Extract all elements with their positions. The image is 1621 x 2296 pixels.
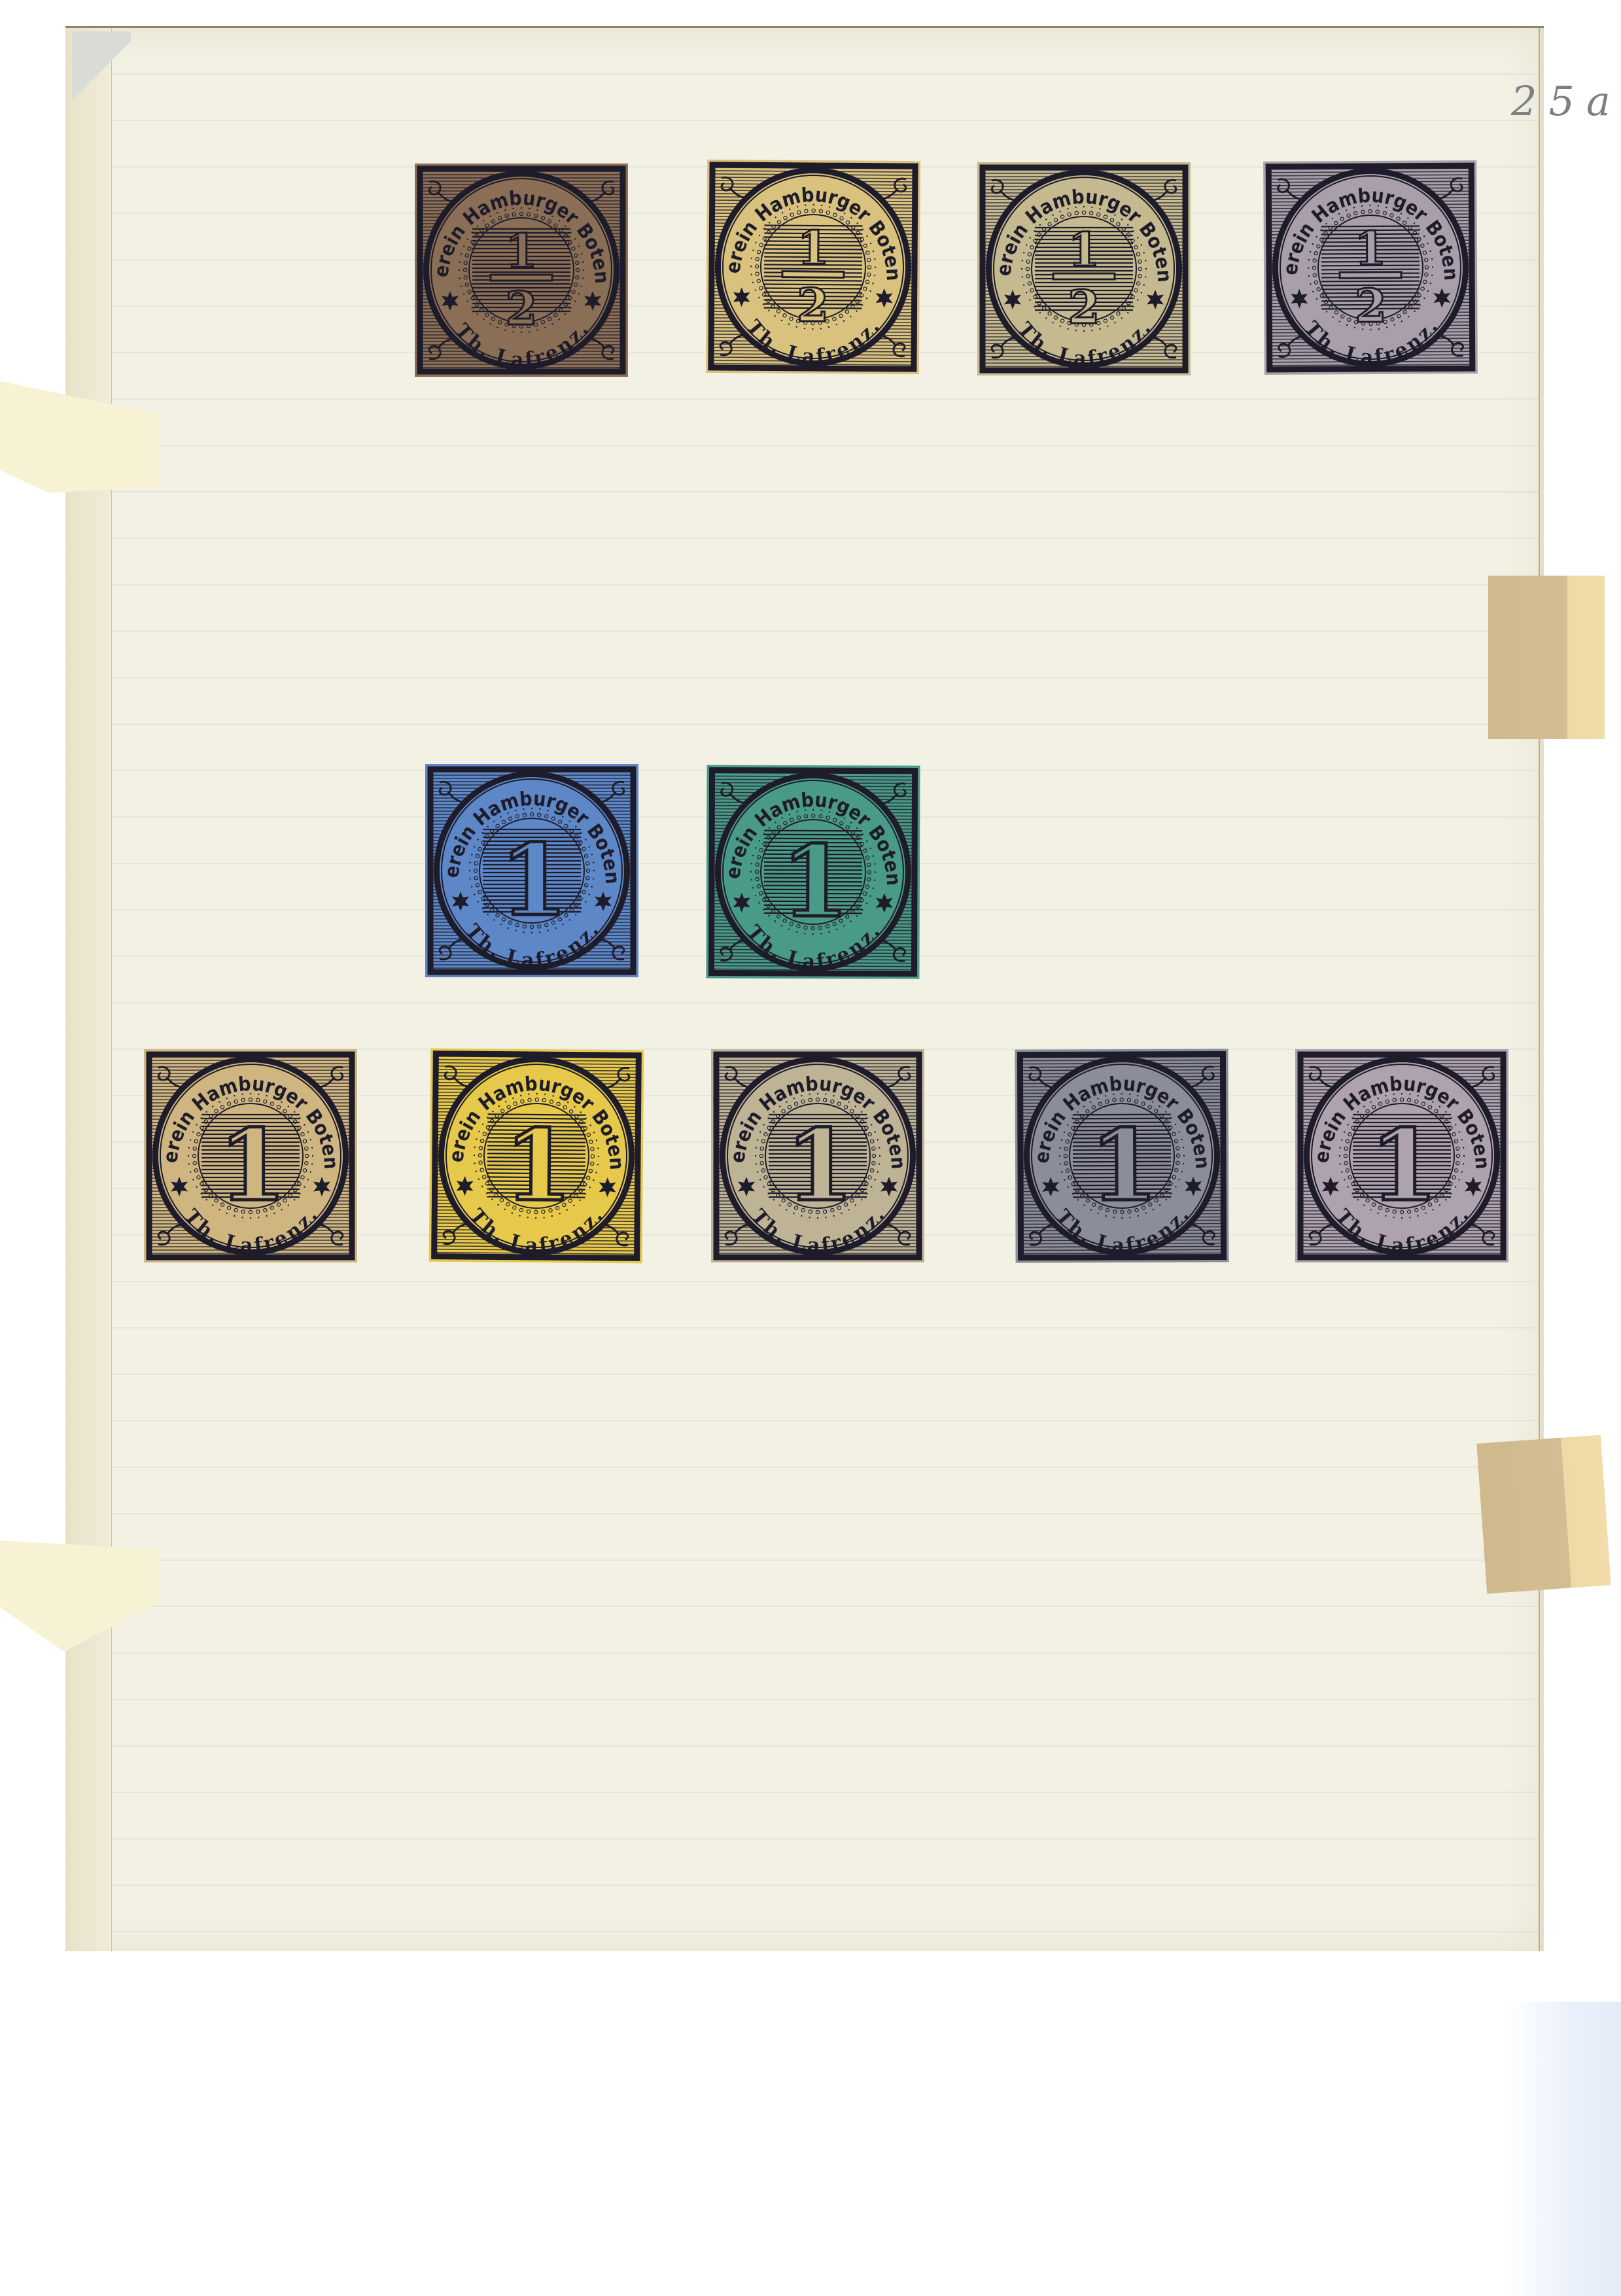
stamp-value: 1 — [218, 1108, 287, 1223]
stamp-value: 1 — [1370, 1108, 1438, 1223]
stamp-numerator: 1 — [1068, 222, 1100, 277]
stamp-lilac-one: 1 Verein Hamburger Boten. Th. Lafrenz. — [1294, 1048, 1510, 1264]
stamp-stone-one: 1 Verein Hamburger Boten. Th. Lafrenz. — [710, 1048, 926, 1264]
page-binding-edge — [65, 28, 112, 1951]
stamp-value: 1 — [780, 824, 849, 939]
stamp-grey-one: 1 Verein Hamburger Boten. Th. Lafrenz. — [1013, 1047, 1230, 1264]
stamp-denominator: 2 — [506, 281, 538, 336]
stamp-green-one: 1 Verein Hamburger Boten. Th. Lafrenz. — [705, 763, 921, 980]
hinge-right-bottom — [1476, 1435, 1611, 1594]
stamp-denominator: 2 — [1068, 280, 1100, 334]
stamp-lilac-grey-half: 1 2 Verein Hamburger Boten. Th. Lafrenz. — [1262, 159, 1479, 376]
page-right-edge — [1539, 28, 1544, 1951]
stamp-denominator: 2 — [797, 278, 829, 332]
folded-corner — [72, 31, 131, 110]
stamp-denominator: 2 — [1355, 279, 1387, 333]
stamp-value: 1 — [500, 823, 568, 938]
hinge-right-top — [1488, 576, 1605, 739]
stamp-buff-one: 1 Verein Hamburger Boten. Th. Lafrenz. — [143, 1048, 358, 1264]
stamp-numerator: 1 — [506, 224, 538, 278]
stamp-blue-one: 1 Verein Hamburger Boten. Th. Lafrenz. — [424, 763, 640, 979]
stamp-numerator: 1 — [797, 220, 829, 275]
page-number: 25a — [1511, 77, 1621, 125]
stamp-brown-half: 1 2 Verein Hamburger Boten. Th. Lafrenz. — [413, 162, 629, 378]
stamp-yellow-one: 1 Verein Hamburger Boten. Th. Lafrenz. — [428, 1047, 646, 1265]
stamp-value: 1 — [504, 1108, 573, 1224]
stamp-stone-half: 1 2 Verein Hamburger Boten. Th. Lafrenz. — [976, 161, 1192, 377]
scan-background-tint — [1505, 2002, 1621, 2296]
stamp-value: 1 — [786, 1108, 854, 1223]
stamp-value: 1 — [1090, 1108, 1159, 1223]
stamp-numerator: 1 — [1354, 221, 1386, 275]
stamp-buff-yellow-half: 1 2 Verein Hamburger Boten. Th. Lafrenz. — [705, 158, 922, 375]
